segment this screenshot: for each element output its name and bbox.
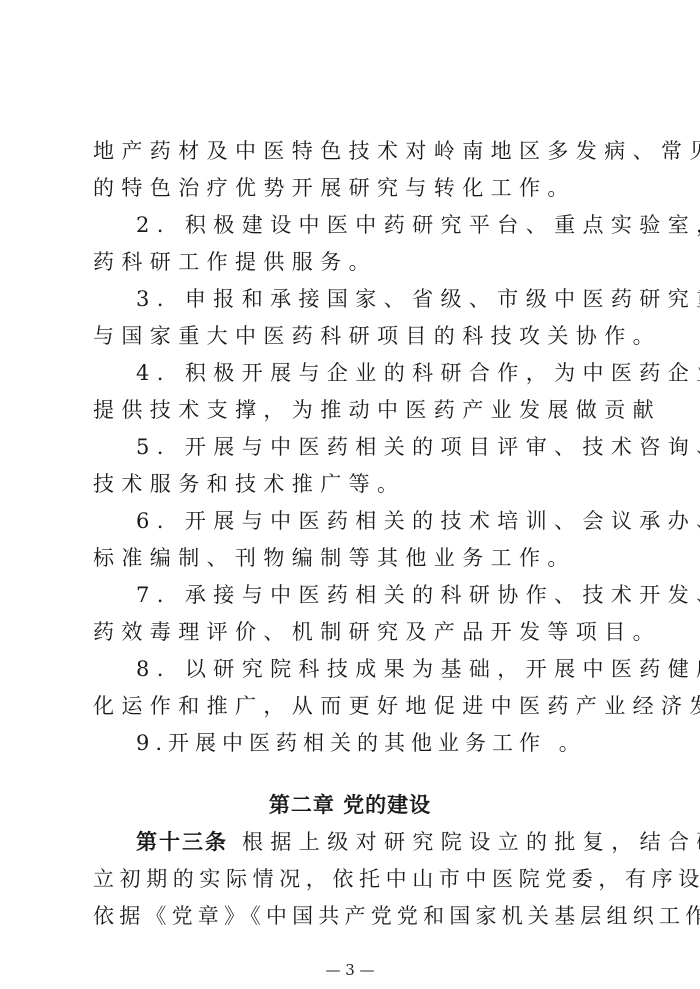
article-label: 第十三条	[136, 830, 228, 854]
body-line: 化运作和推广，从而更好地促进中医药产业经济发展。	[93, 691, 607, 721]
body-line: 与国家重大中医药科研项目的科技攻关协作。	[93, 321, 607, 351]
document-page: 地产药材及中医特色技术对岭南地区多发病、常见病、疑难病 的特色治疗优势开展研究与…	[0, 0, 700, 989]
body-line: 标准编制、刊物编制等其他业务工作。	[93, 543, 607, 573]
body-line: 地产药材及中医特色技术对岭南地区多发病、常见病、疑难病	[93, 136, 607, 166]
body-line: 技术服务和技术推广等。	[93, 469, 607, 499]
list-item-7: 7. 承接与中医药相关的科研协作、技术开发、检测分析、	[136, 580, 650, 610]
body-line: 的特色治疗优势开展研究与转化工作。	[93, 173, 607, 203]
list-item-4: 4. 积极开展与企业的科研合作，为中医药企业的科技发展	[136, 358, 650, 388]
page-number: — 3 —	[0, 960, 700, 980]
body-line: 依据《党章》《中国共产党党和国家机关基层组织工作条例》开	[93, 901, 607, 931]
list-item-9: 9.开展中医药相关的其他业务工作 。	[136, 728, 650, 758]
body-line: 药效毒理评价、机制研究及产品开发等项目。	[93, 617, 607, 647]
article-first-line: 第十三条根据上级对研究院设立的批复，结合研究院成	[136, 827, 650, 857]
body-line: 药科研工作提供服务。	[93, 247, 607, 277]
list-item-3: 3. 申报和承接国家、省级、市级中医药研究重点项目，参	[136, 284, 650, 314]
list-item-6: 6. 开展与中医药相关的技术培训、会议承办、学术调研、	[136, 506, 650, 536]
chapter-heading: 第二章 党的建设	[0, 790, 700, 820]
list-item-8: 8. 以研究院科技成果为基础，开展中医药健康产品的市场	[136, 654, 650, 684]
body-line: 提供技术支撑，为推动中医药产业发展做贡献	[93, 395, 607, 425]
article-text: 根据上级对研究院设立的批复，结合研究院成	[242, 830, 700, 854]
body-line: 立初期的实际情况，依托中山市中医院党委，有序设置党支部。	[93, 864, 607, 894]
list-item-2: 2. 积极建设中医中药研究平台、重点实验室，为全市中医	[136, 210, 650, 240]
list-item-5: 5. 开展与中医药相关的项目评审、技术咨询、技术转让、	[136, 432, 650, 462]
